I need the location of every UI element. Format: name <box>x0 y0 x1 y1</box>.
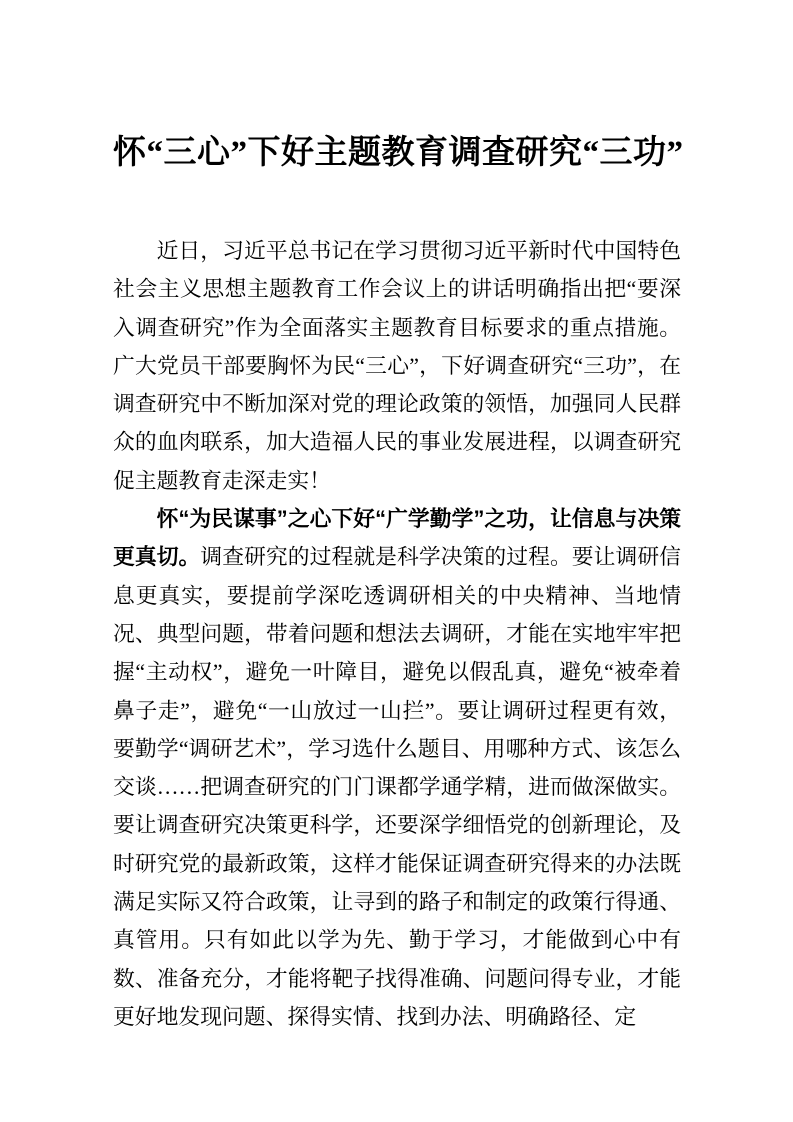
paragraph-1: 近日，习近平总书记在学习贯彻习近平新时代中国特色社会主义思想主题教育工作会议上的… <box>113 232 681 500</box>
paragraph-2-text: 调查研究的过程就是科学决策的过程。要让调研信息更真实，要提前学深吃透调研相关的中… <box>113 545 681 1029</box>
paragraph-2: 怀“为民谋事”之心下好“广学勤学”之功，让信息与决策更真切。调查研究的过程就是科… <box>113 500 681 1036</box>
document-body: 近日，习近平总书记在学习贯彻习近平新时代中国特色社会主义思想主题教育工作会议上的… <box>113 232 681 1036</box>
document-title: 怀“三心”下好主题教育调查研究“三功” <box>113 0 681 176</box>
paragraph-1-text: 近日，习近平总书记在学习贯彻习近平新时代中国特色社会主义思想主题教育工作会议上的… <box>113 239 681 493</box>
document-content: 怀“三心”下好主题教育调查研究“三功” 近日，习近平总书记在学习贯彻习近平新时代… <box>113 0 681 1036</box>
document-page: 怀“三心”下好主题教育调查研究“三功” 近日，习近平总书记在学习贯彻习近平新时代… <box>0 0 793 1122</box>
